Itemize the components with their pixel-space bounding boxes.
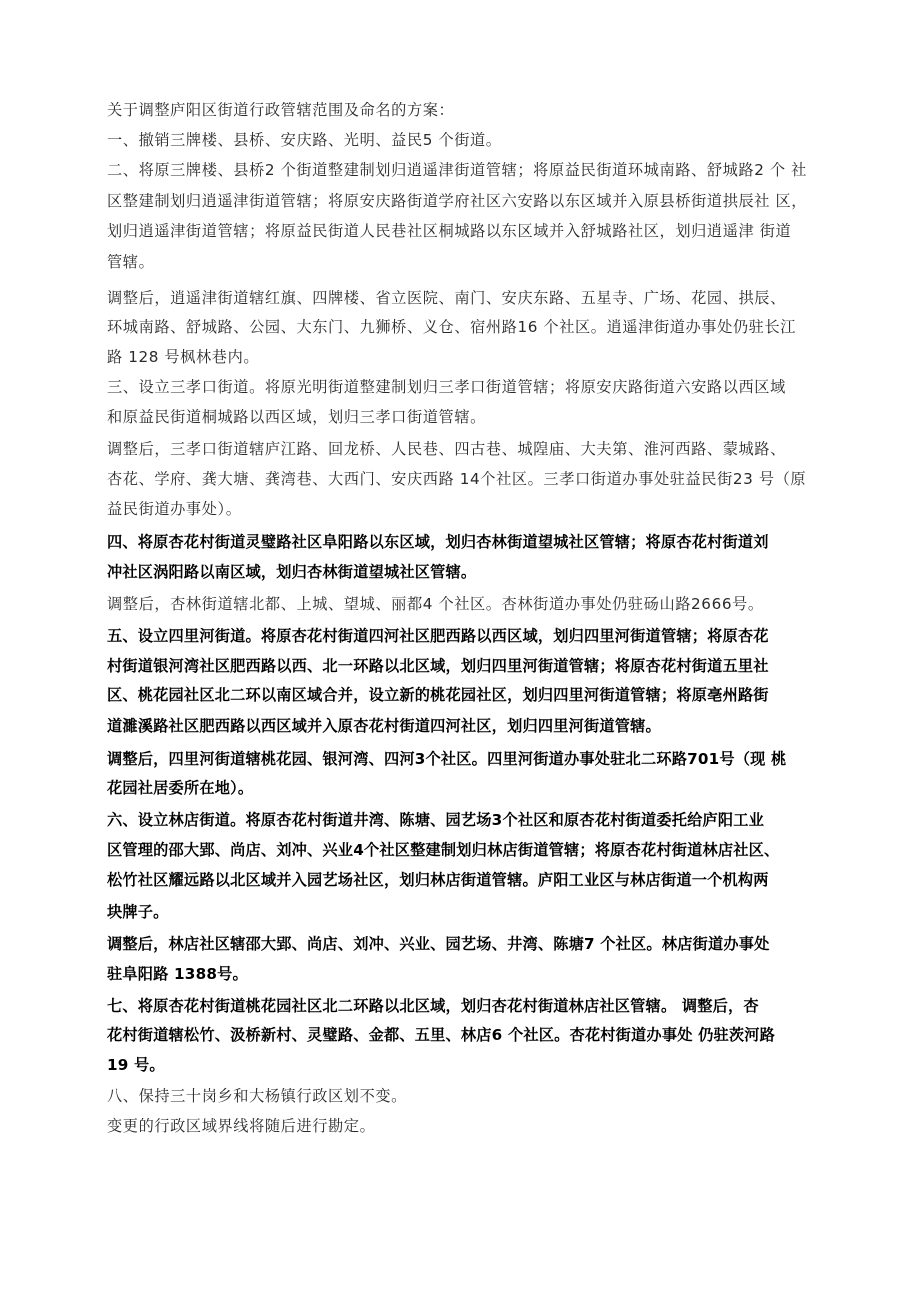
section-2-line: 区整建制划归逍遥津街道管辖；将原安庆路街道学府社区六安路以东区域并入原县桥街道拱… — [107, 191, 807, 211]
section-4-result-line: 调整后，杏林街道辖北都、上城、望城、丽都4 个社区。杏林街道办事处仍驻砀山路26… — [107, 594, 764, 614]
section-3-result-line: 益民街道办事处）。 — [107, 499, 242, 519]
section-5-line: 五、设立四里河街道。将原杏花村街道四河社区肥西路以西区域，划归四里河街道管辖；将… — [107, 626, 769, 646]
section-6-line: 六、设立林店街道。将原杏花村街道井湾、陈塘、园艺场3个社区和原杏花村街道委托给庐… — [107, 810, 764, 830]
section-3-result-line: 调整后，三孝口街道辖庐江路、回龙桥、人民巷、四古巷、城隍庙、大夫第、淮河西路、蒙… — [107, 439, 786, 459]
closing-line: 变更的行政区域界线将随后进行勘定。 — [107, 1116, 375, 1136]
section-4-line: 四、将原杏花村街道灵璧路社区阜阳路以东区域，划归杏林街道望城社区管辖；将原杏花村… — [107, 532, 769, 552]
section-7-line: 花村街道辖松竹、汲桥新村、灵璧路、金都、五里、林店6 个社区。杏花村街道办事处 … — [107, 1025, 775, 1045]
section-6-line: 块牌子。 — [107, 902, 169, 922]
section-2-line: 二、将原三牌楼、县桥2 个街道整建制划归逍遥津街道管辖；将原益民街道环城南路、舒… — [107, 160, 807, 180]
section-2-line: 划归逍遥津街道管辖；将原益民街道人民巷社区桐城路以东区域并入舒城路社区，划归逍遥… — [107, 221, 791, 241]
section-2-result-line: 路 128 号枫林巷内。 — [107, 347, 259, 367]
section-3-line: 和原益民街道桐城路以西区域，划归三孝口街道管辖。 — [107, 407, 486, 427]
section-7-line: 19 号。 — [107, 1055, 165, 1075]
section-6-line: 区管理的邵大郢、尚店、刘冲、兴业4个社区整建制划归林店街道管辖；将原杏花村街道林… — [107, 840, 779, 860]
section-7-line: 七、将原杏花村街道桃花园社区北二环路以北区域，划归杏花村街道林店社区管辖。 调整… — [107, 996, 759, 1016]
section-5-line: 区、桃花园社区北二环以南区域合并，设立新的桃花园社区，划归四里河街道管辖；将原亳… — [107, 685, 769, 705]
section-6-result-line: 驻阜阳路 1388号。 — [107, 964, 248, 984]
section-8-line: 八、保持三十岗乡和大杨镇行政区划不变。 — [107, 1086, 407, 1106]
section-4-line: 冲社区涡阳路以南区域，划归杏林街道望城社区管辖。 — [107, 562, 476, 582]
section-2-result-line: 调整后，逍遥津街道辖红旗、四牌楼、省立医院、南门、安庆东路、五星寺、广场、花园、… — [107, 288, 786, 308]
section-5-line: 村街道银河湾社区肥西路以西、北一环路以北区域，划归四里河街道管辖；将原杏花村街道… — [107, 656, 769, 676]
section-3-line: 三、设立三孝口街道。将原光明街道整建制划归三孝口街道管辖；将原安庆路街道六安路以… — [107, 377, 786, 397]
section-6-line: 松竹社区耀远路以北区域并入园艺场社区，划归林店街道管辖。庐阳工业区与林店街道一个… — [107, 870, 769, 890]
section-2-result-line: 环城南路、舒城路、公园、大东门、九狮桥、义仓、宿州路16 个社区。逍遥津街道办事… — [107, 317, 796, 337]
section-6-result-line: 调整后，林店社区辖邵大郢、尚店、刘冲、兴业、园艺场、井湾、陈塘7 个社区。林店街… — [107, 934, 770, 954]
section-5-result-line: 花园社居委所在地）。 — [107, 778, 253, 798]
section-3-result-line: 杏花、学府、龚大塘、龚湾巷、大西门、安庆西路 14个社区。三孝口街道办事处驻益民… — [107, 469, 806, 489]
section-2-line: 管辖。 — [107, 252, 154, 272]
section-5-line: 道濉溪路社区肥西路以西区域并入原杏花村街道四河社区，划归四里河街道管辖。 — [107, 716, 661, 736]
document-page: 关于调整庐阳区街道行政管辖范围及命名的方案： 一、撤销三牌楼、县桥、安庆路、光明… — [0, 0, 920, 1302]
document-title: 关于调整庐阳区街道行政管辖范围及命名的方案： — [107, 100, 454, 120]
section-1-line: 一、撤销三牌楼、县桥、安庆路、光明、益民5 个街道。 — [107, 130, 502, 150]
section-5-result-line: 调整后，四里河街道辖桃花园、银河湾、四河3个社区。四里河街道办事处驻北二环路70… — [107, 749, 786, 769]
